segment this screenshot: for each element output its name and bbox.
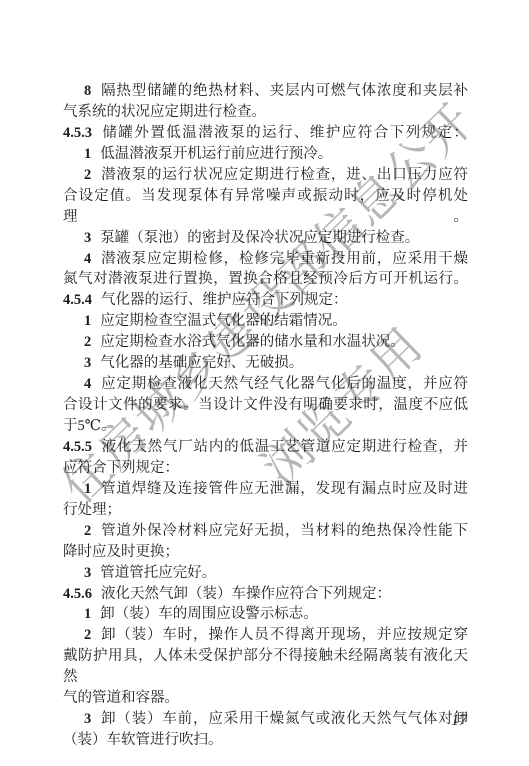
text-line: 4潜液泵应定期检修，检修完毕重新投用前，应采用干燥 [63, 249, 468, 270]
item-number: 1 [84, 313, 91, 329]
clause-number: 4.5.4 [63, 292, 92, 308]
text-line: 3卸（装）车前，应采用干燥氮气或液化天然气气体对卸 [63, 709, 468, 730]
text-line: 1应定期检查空温式气化器的结霜情况。 [63, 311, 468, 332]
line-text: 卸（装）车的周围应设警示标志。 [100, 606, 318, 622]
line-text: 潜液泵应定期检修，检修完毕重新投用前，应采用干燥 [100, 251, 468, 267]
line-text: 应定期检查空温式气化器的结霜情况。 [100, 313, 347, 329]
text-line: 2应定期检查水浴式气化器的储水量和水温状况。 [63, 332, 468, 353]
item-number: 2 [84, 334, 91, 350]
line-text: 气化器的基础应完好、无破损。 [100, 355, 303, 371]
item-number: 1 [84, 146, 91, 162]
text-line: 氮气对潜液泵进行置换，置换合格且经预冷后方可开机运行。 [63, 269, 468, 290]
item-number: 3 [84, 565, 91, 581]
line-text: 低温潜液泵开机运行前应进行预冷。 [100, 146, 332, 162]
line-text: 泵罐（泵池）的密封及保冷状况应定期进行检查。 [100, 230, 419, 246]
text-line: 4.5.5液化天然气厂站内的低温工艺管道应定期进行检查，并 [63, 437, 468, 458]
document-page: 住房城乡建设部信息公开 浏览专用 8隔热型储罐的绝热材料、夹层内可燃气体浓度和夹… [0, 0, 529, 766]
text-line: 2管道外保冷材料应完好无损，当材料的绝热保冷性能下 [63, 521, 468, 542]
line-text: 行处理； [63, 502, 121, 518]
text-line: 合设计文件的要求。当设计文件没有明确要求时，温度不应低 [63, 395, 468, 416]
text-line: 3管道管托应完好。 [63, 563, 468, 584]
line-text: 降时应及时更换； [63, 544, 179, 560]
item-number: 4 [84, 251, 91, 267]
text-line: 3泵罐（泵池）的密封及保冷状况应定期进行检查。 [63, 228, 468, 249]
line-text: 气化器的运行、维护应符合下列规定： [101, 292, 348, 308]
line-text: 戴防护用具，人体未受保护部分不得接触未经隔离装有液化天然 [63, 648, 468, 685]
text-line: 8隔热型储罐的绝热材料、夹层内可燃气体浓度和夹层补 [63, 81, 468, 102]
text-line: 4.5.6液化天然气卸（装）车操作应符合下列规定： [63, 584, 468, 605]
line-text: 氮气对潜液泵进行置换，置换合格且经预冷后方可开机运行。 [63, 271, 468, 287]
item-number: 2 [84, 523, 91, 539]
line-text: 应符合下列规定： [63, 460, 179, 476]
line-text: 潜液泵的运行状况应定期进行检查，进、出口压力应符 [100, 167, 468, 183]
text-line: 应符合下列规定： [63, 458, 468, 479]
line-text: 气系统的状况应定期进行检查。 [63, 104, 266, 120]
line-text: 应定期检查水浴式气化器的储水量和水温状况。 [100, 334, 405, 350]
line-text: 于5℃。 [63, 418, 115, 434]
text-line: 合设定值。当发现泵体有异常噪声或振动时，应及时停机处理。 [63, 186, 468, 228]
line-text: 隔热型储罐的绝热材料、夹层内可燃气体浓度和夹层补 [100, 83, 468, 99]
item-number: 3 [84, 711, 91, 727]
text-line: 4.5.3储罐外置低温潜液泵的运行、维护应符合下列规定： [63, 123, 468, 144]
item-number: 8 [84, 83, 91, 99]
item-number: 1 [84, 481, 91, 497]
text-line: （装）车软管进行吹扫。 [63, 730, 468, 751]
line-text: 管道管托应完好。 [100, 565, 216, 581]
text-line: 气的管道和容器。 [63, 688, 468, 709]
clause-number: 4.5.6 [63, 586, 92, 602]
text-line: 2潜液泵的运行状况应定期进行检查，进、出口压力应符 [63, 165, 468, 186]
text-line: 于5℃。 [63, 416, 468, 437]
text-line: 行处理； [63, 500, 468, 521]
line-text: 卸（装）车时，操作人员不得离开现场，并应按规定穿 [100, 627, 468, 643]
line-text: 液化天然气厂站内的低温工艺管道应定期进行检查，并 [101, 439, 468, 455]
item-number: 4 [84, 376, 91, 392]
text-line: 1管道焊缝及连接管件应无泄漏，发现有漏点时应及时进 [63, 479, 468, 500]
page-number: 17 [451, 712, 467, 730]
clause-number: 4.5.5 [63, 439, 92, 455]
text-line: 降时应及时更换； [63, 542, 468, 563]
line-text: 储罐外置低温潜液泵的运行、维护应符合下列规定： [101, 125, 468, 141]
line-text: 卸（装）车前，应采用干燥氮气或液化天然气气体对卸 [100, 711, 468, 727]
text-line: 2卸（装）车时，操作人员不得离开现场，并应按规定穿 [63, 625, 468, 646]
line-text: 管道焊缝及连接管件应无泄漏，发现有漏点时应及时进 [100, 481, 468, 497]
text-line: 1卸（装）车的周围应设警示标志。 [63, 604, 468, 625]
text-line: 气系统的状况应定期进行检查。 [63, 102, 468, 123]
line-text: 液化天然气卸（装）车操作应符合下列规定： [101, 586, 391, 602]
line-text: 管道外保冷材料应完好无损，当材料的绝热保冷性能下 [100, 523, 468, 539]
line-text: 合设计文件的要求。当设计文件没有明确要求时，温度不应低 [63, 397, 468, 413]
text-line: 4.5.4气化器的运行、维护应符合下列规定： [63, 290, 468, 311]
item-number: 1 [84, 606, 91, 622]
text-line: 3气化器的基础应完好、无破损。 [63, 353, 468, 374]
line-text: （装）车软管进行吹扫。 [63, 732, 223, 748]
document-body: 8隔热型储罐的绝热材料、夹层内可燃气体浓度和夹层补气系统的状况应定期进行检查。4… [63, 81, 468, 751]
item-number: 3 [84, 230, 91, 246]
text-line: 1低温潜液泵开机运行前应进行预冷。 [63, 144, 468, 165]
item-number: 3 [84, 355, 91, 371]
line-text: 合设定值。当发现泵体有异常噪声或振动时，应及时停机处理。 [63, 188, 468, 225]
text-line: 戴防护用具，人体未受保护部分不得接触未经隔离装有液化天然 [63, 646, 468, 688]
item-number: 2 [84, 627, 91, 643]
clause-number: 4.5.3 [63, 125, 92, 141]
line-text: 气的管道和容器。 [63, 690, 179, 706]
item-number: 2 [84, 167, 91, 183]
line-text: 应定期检查液化天然气经气化器气化后的温度，并应符 [100, 376, 468, 392]
text-line: 4应定期检查液化天然气经气化器气化后的温度，并应符 [63, 374, 468, 395]
